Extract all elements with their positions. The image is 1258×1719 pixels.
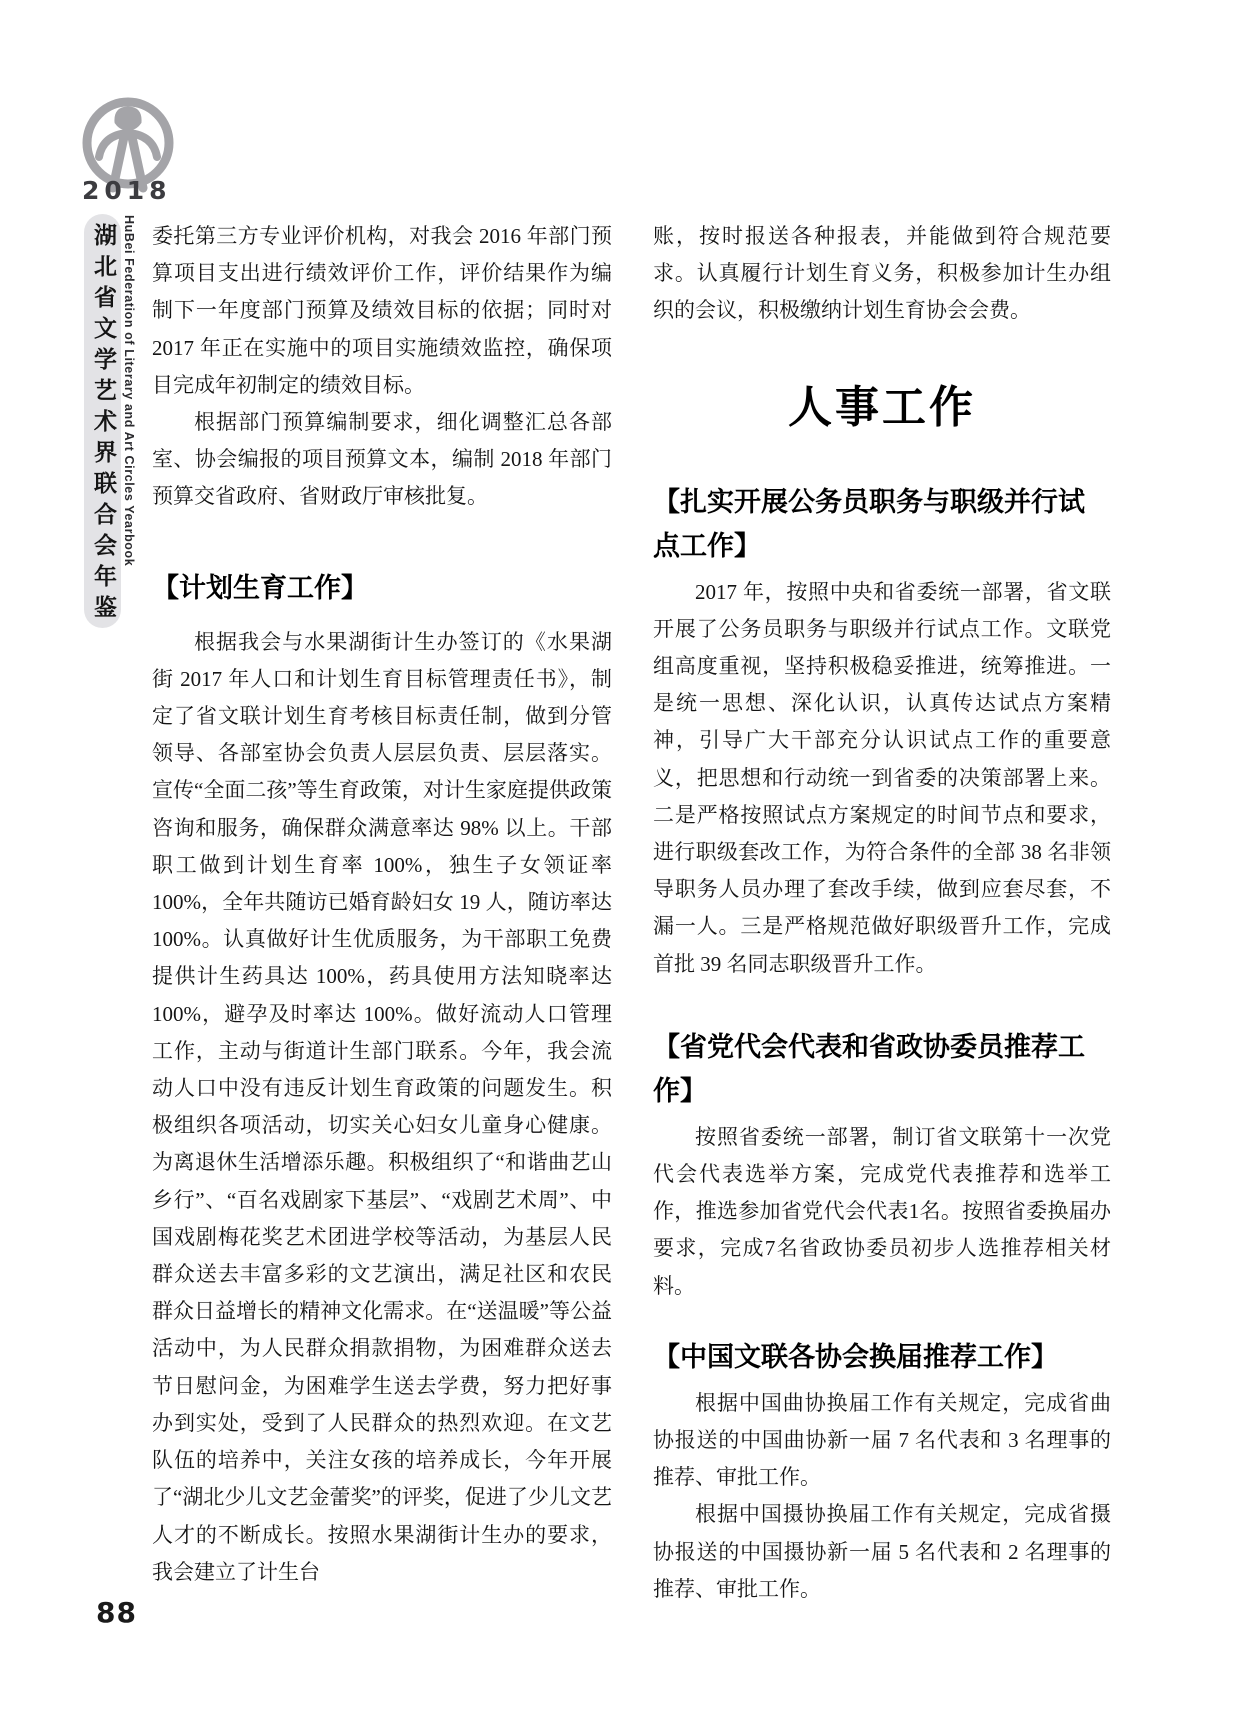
year-label: 2018 bbox=[82, 176, 172, 205]
paragraph-budget-2018: 根据部门预算编制要求，细化调整汇总各部室、协会编报的项目预算文本，编制 2018… bbox=[152, 404, 612, 516]
paragraph-quyi-association: 根据中国曲协换届工作有关规定，完成省曲协报送的中国曲协新一届 7 名代表和 3 … bbox=[653, 1385, 1111, 1497]
heading-family-planning: 【计划生育工作】 bbox=[152, 566, 612, 610]
right-column: 账，按时报送各种报表，并能做到符合规范要求。认真履行计划生育义务，积极参加计生办… bbox=[653, 218, 1111, 1608]
paragraph-photography-association: 根据中国摄协换届工作有关规定，完成省摄协报送的中国摄协新一届 5 名代表和 2 … bbox=[653, 1496, 1111, 1608]
paragraph-delegates-recommendation: 按照省委统一部署，制订省文联第十一次党代会代表选举方案，完成党代表推荐和选举工作… bbox=[653, 1119, 1111, 1305]
paragraph-budget-evaluation-continued: 委托第三方专业评价机构，对我会 2016 年部门预算项目支出进行绩效评价工作，评… bbox=[152, 218, 612, 404]
heading-delegates-recommendation: 【省党代会代表和省政协委员推荐工作】 bbox=[653, 1025, 1111, 1113]
sidebar-title-english: HuBei Federation of Literary and Art Cir… bbox=[122, 215, 136, 645]
paragraph-family-planning: 根据我会与水果湖街计生办签订的《水果湖街 2017 年人口和计划生育目标管理责任… bbox=[152, 624, 612, 1591]
paragraph-ledger-continued: 账，按时报送各种报表，并能做到符合规范要求。认真履行计划生育义务，积极参加计生办… bbox=[653, 218, 1111, 330]
heading-cpfla-association-election: 【中国文联各协会换届推荐工作】 bbox=[653, 1335, 1111, 1379]
page-number: 88 bbox=[96, 1596, 137, 1629]
sidebar-title-chinese: 湖北省文学艺术界联合会年鉴 bbox=[84, 214, 121, 628]
paragraph-civil-servant-pilot: 2017 年，按照中央和省委统一部署，省文联开展了公务员职务与职级并行试点工作。… bbox=[653, 574, 1111, 983]
left-column: 委托第三方专业评价机构，对我会 2016 年部门预算项目支出进行绩效评价工作，评… bbox=[152, 218, 612, 1591]
heading-civil-servant-pilot: 【扎实开展公务员职务与职级并行试点工作】 bbox=[653, 480, 1111, 568]
yearbook-page: 2018 湖北省文学艺术界联合会年鉴 HuBei Federation of L… bbox=[0, 0, 1258, 1719]
title-personnel-work: 人事工作 bbox=[653, 380, 1111, 436]
